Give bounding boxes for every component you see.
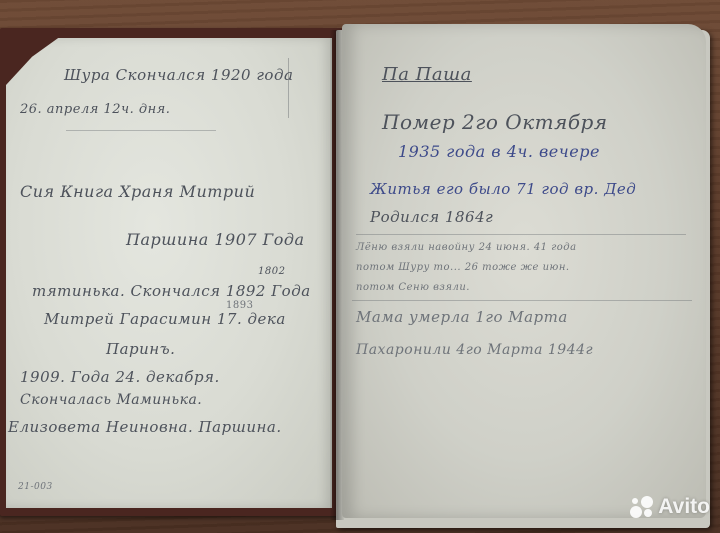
left-corner-mark: 21-003: [18, 482, 53, 492]
avito-watermark: Avito: [628, 495, 710, 519]
avito-watermark-label: Avito: [658, 495, 710, 519]
left-line-7: Паринъ.: [106, 340, 175, 358]
avito-dots-logo-icon: [628, 496, 654, 518]
rule: [66, 130, 216, 131]
left-line-4: Паршина 1907 Года: [126, 230, 305, 249]
left-line-1: Шура Скончался 1920 года: [64, 66, 293, 84]
right-line-8: потом Сеню взяли.: [356, 282, 470, 293]
right-line-1: Па Паша: [382, 64, 472, 85]
left-correction-1802: 1802: [258, 266, 285, 277]
right-line-4: Житья его было 71 год вр. Дед: [370, 180, 636, 198]
right-line-3: 1935 года в 4ч. вечере: [398, 142, 600, 161]
left-line-9: Скончалась Маминька.: [20, 392, 202, 408]
rule: [352, 300, 692, 301]
left-line-8: 1909. Года 24. декабря.: [20, 368, 220, 386]
right-line-10: Пахаронили 4го Марта 1944г: [356, 342, 593, 358]
rule: [356, 234, 686, 235]
right-line-2: Помер 2го Октября: [382, 110, 608, 134]
right-line-7: потом Шуру то... 26 тоже же июн.: [356, 262, 570, 273]
left-line-3: Сия Книга Храня Митрий: [20, 182, 255, 201]
left-line-6: Митрей Гарасимин 17. дека: [44, 310, 286, 328]
left-page: Шура Скончался 1920 года 26. апреля 12ч.…: [6, 38, 332, 508]
right-page: Па Паша Помер 2го Октября 1935 года в 4ч…: [342, 24, 706, 518]
left-line-5: тятинька. Скончался 1892 Года: [32, 282, 311, 300]
right-line-5: Родился 1864г: [370, 208, 493, 226]
right-line-9: Мама умерла 1го Марта: [356, 308, 568, 326]
right-line-6: Лёню взяли навойну 24 июня. 41 года: [356, 242, 577, 253]
left-line-10: Елизовета Неиновна. Паршина.: [8, 418, 282, 436]
left-line-2: 26. апреля 12ч. дня.: [20, 102, 170, 117]
